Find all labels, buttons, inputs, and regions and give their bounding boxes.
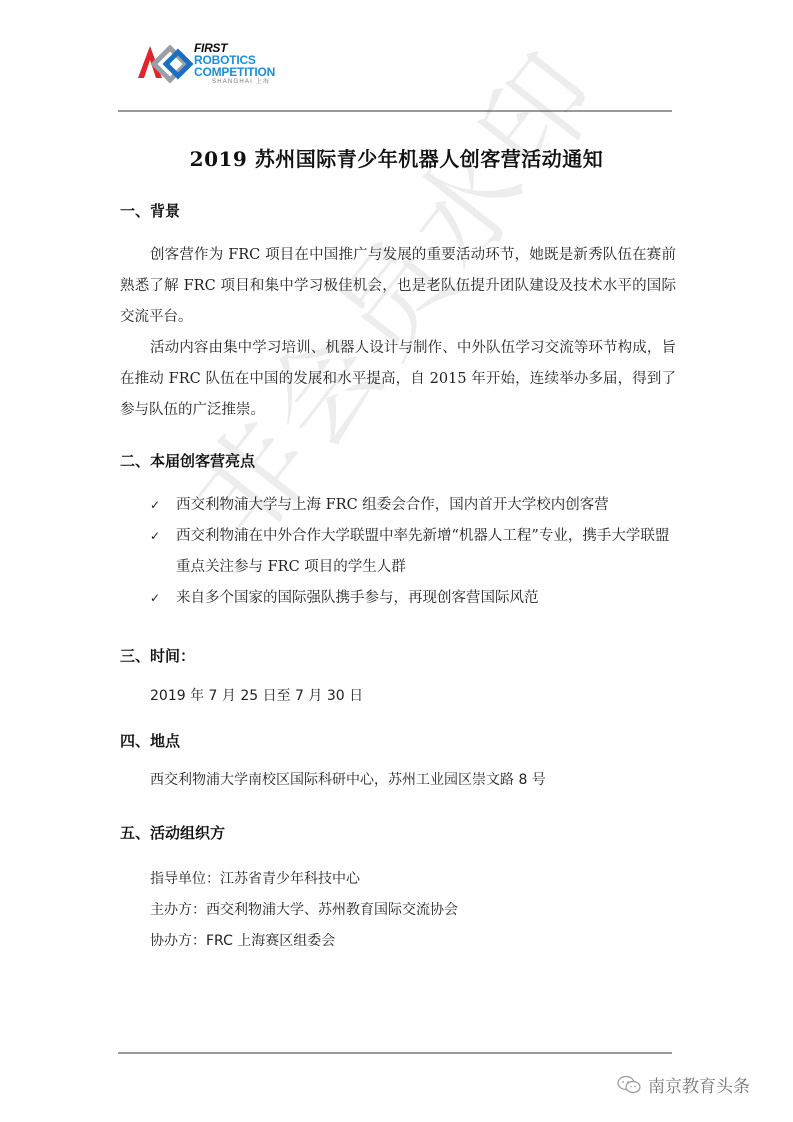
background-paragraph-1: 创客营作为 FRC 项目在中国推广与发展的重要活动环节，她既是新秀队伍在赛前熟悉…: [120, 240, 676, 333]
checkmark-icon: ✓: [150, 490, 160, 521]
event-location: 西交利物浦大学南校区国际科研中心，苏州工业园区崇文路 8 号: [150, 765, 546, 796]
section-heading-location: 四、地点: [120, 730, 180, 751]
wechat-icon: [616, 1074, 642, 1096]
section-heading-highlights: 二、本届创客营亮点: [120, 450, 255, 471]
logo-region: SHANGHAI 上海: [194, 79, 275, 85]
event-dates: 2019 年 7 月 25 日至 7 月 30 日: [150, 681, 363, 712]
background-paragraph-2: 活动内容由集中学习培训、机器人设计与制作、中外队伍学习交流等环节构成，旨在推动 …: [120, 333, 676, 426]
section-heading-background: 一、背景: [120, 200, 180, 221]
organizer-co-host: 协办方：FRC 上海赛区组委会: [150, 926, 335, 957]
organizer-guiding-unit: 指导单位：江苏省青少年科技中心: [150, 864, 360, 895]
highlight-item: ✓ 来自多个国家的国际强队携手参与，再现创客营国际风范: [150, 583, 680, 614]
logo-wordmark: FIRST ROBOTICS COMPETITION SHANGHAI 上海: [194, 42, 275, 85]
highlight-text: 西交利物浦大学与上海 FRC 组委会合作，国内首开大学校内创客营: [176, 497, 609, 513]
organizer-host: 主办方：西交利物浦大学、苏州教育国际交流协会: [150, 895, 458, 926]
document-title: 2019 苏州国际青少年机器人创客营活动通知: [0, 143, 793, 172]
highlight-text: 来自多个国家的国际强队携手参与，再现创客营国际风范: [176, 590, 539, 606]
section-heading-time: 三、时间：: [120, 645, 195, 666]
highlight-text: 西交利物浦在中外合作大学联盟中率先新增“机器人工程”专业，携手大学联盟重点关注参…: [176, 528, 669, 575]
footer-brand: 南京教育头条: [616, 1072, 750, 1097]
checkmark-icon: ✓: [150, 521, 160, 552]
section-heading-organizers: 五、活动组织方: [120, 822, 225, 843]
footer-brand-name: 南京教育头条: [648, 1072, 750, 1097]
footer-divider: [118, 1052, 672, 1054]
highlight-item: ✓ 西交利物浦大学与上海 FRC 组委会合作，国内首开大学校内创客营: [150, 490, 680, 521]
logo-competition: COMPETITION: [194, 66, 275, 78]
highlight-item: ✓ 西交利物浦在中外合作大学联盟中率先新增“机器人工程”专业，携手大学联盟重点关…: [150, 521, 680, 583]
highlights-list: ✓ 西交利物浦大学与上海 FRC 组委会合作，国内首开大学校内创客营 ✓ 西交利…: [150, 490, 680, 614]
frc-emblem-icon: [136, 38, 196, 84]
frc-logo: FIRST ROBOTICS COMPETITION SHANGHAI 上海: [136, 38, 296, 90]
checkmark-icon: ✓: [150, 583, 160, 614]
header-divider: [118, 110, 672, 112]
